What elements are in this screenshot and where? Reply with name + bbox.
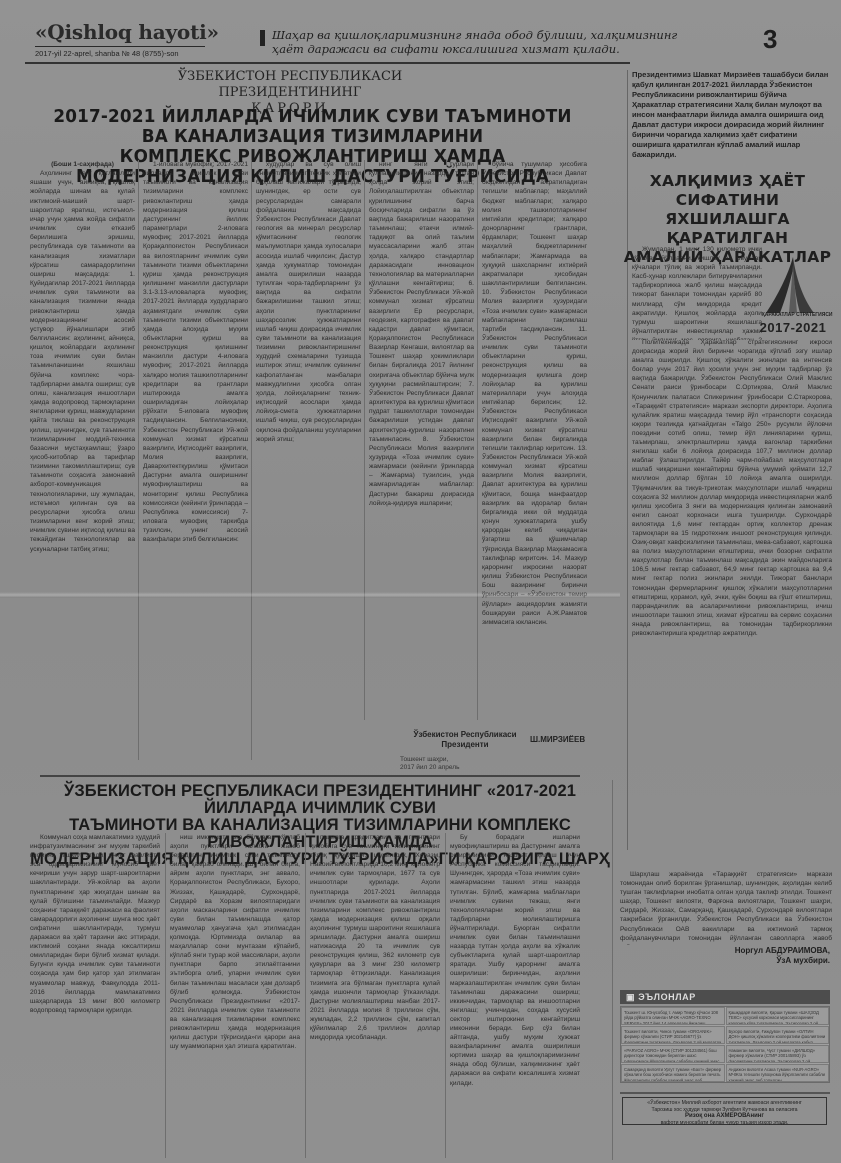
decree-date: 2017 йил 20 апрель bbox=[400, 764, 460, 772]
sidebar-headline-line-1: ХАЛҚИМИЗ ҲАЁТ bbox=[620, 172, 835, 191]
ad-item: «PARVOZ AGRO» МЧЖ (СТИР 301234561) бош д… bbox=[621, 1045, 725, 1063]
commentary-text: пацияга кредитлари ва грантлари ҳисобига… bbox=[310, 833, 440, 1042]
strategy-logo-caption: ҲАРАКАТЛАР СТРАТЕГИЯСИ bbox=[752, 312, 841, 318]
column-divider bbox=[477, 160, 478, 720]
author-name: Норгул АБДУРАИМОВА, bbox=[720, 946, 830, 956]
ad-item: Қашқадарё вилояти, Қарши тумани «ШАҲЗОД … bbox=[726, 1007, 830, 1025]
decree-text: худудлар ва сув олиш иншоотларининг техн… bbox=[256, 160, 361, 444]
section-divider bbox=[620, 1092, 830, 1094]
decree-text: бўйича тушумлар ҳисобига Ўзбекистон Респ… bbox=[482, 160, 587, 627]
commentary-text: Шарҳлаш жараёнида «Тараққиёт стратегияси… bbox=[620, 870, 832, 945]
condolence-line-2: Тарозиш хос ҳудуди тармоқи Зулфия Кутчан… bbox=[627, 1107, 822, 1114]
decree-column-4: нинг янги турлари қўлланилишини назарда … bbox=[369, 160, 474, 720]
signature-title-line-2: Президенти bbox=[400, 740, 530, 750]
decree-text: нинг янги турлари қўлланилишини назарда … bbox=[369, 160, 474, 508]
column-divider bbox=[138, 160, 139, 760]
commentary-column-3: пацияга кредитлари ва грантлари ҳисобига… bbox=[310, 833, 440, 1158]
commentary-body: Коммунал соҳа мамлакатимиз ҳудудий инфра… bbox=[30, 833, 590, 1158]
sidebar-text-2: Политехникада Ҳаракатлар стратегиясининг… bbox=[632, 338, 832, 958]
commentary-text: Коммунал соҳа мамлакатимиз ҳудудий инфра… bbox=[30, 833, 160, 1015]
ads-header-label: ЭЪЛОНЛАР bbox=[638, 992, 696, 1002]
sidebar-paragraph: Жумладан, 1 минг 130 километр ички кўчал… bbox=[632, 245, 762, 340]
newspaper-page: «Qishloq hayoti» 2017-yil 22-aprel, shan… bbox=[0, 0, 841, 1163]
decree-column-1: (Боши 1-саҳифада) Аҳолининг кенг қатламл… bbox=[30, 160, 135, 760]
slogan: Шаҳар ва қишлоқларимизнинг янада обод бў… bbox=[272, 28, 677, 56]
ad-item: Тошкент ш. Юнусобод т. Амир Темур кўчаси… bbox=[621, 1007, 725, 1025]
decree-place-date: Тошкент шаҳри, 2017 йил 20 апрель bbox=[400, 756, 460, 772]
signature-title: Ўзбекистон Республикаси Президенти bbox=[400, 730, 530, 750]
issue-info: 2017-yil 22-aprel, shanba № 48 (8755)-so… bbox=[35, 49, 205, 58]
decree-issuer: ЎЗБЕКИСТОН РЕСПУБЛИКАСИ ПРЕЗИДЕНТИНИНГ bbox=[140, 69, 440, 101]
ad-item: Самарқанд вилояти Ургут тумани «Бахт» фе… bbox=[621, 1064, 725, 1082]
decree-text: 1-иловага мувофиқ; 2017-2021 йилларда ич… bbox=[143, 160, 248, 545]
decree-text: Аҳолининг кенг қатламлари яшаши учун, ай… bbox=[30, 169, 135, 554]
sidebar-text-1: Жумладан, 1 минг 130 километр ички кўчал… bbox=[632, 245, 762, 340]
condolence-notice: «Ўзбекистон» Миллий ахборот агентлиги жа… bbox=[622, 1097, 827, 1125]
ad-item: Тошкент вилояти, Чиноз тумани «ORGANIK» … bbox=[621, 1026, 725, 1044]
header-divider bbox=[25, 62, 630, 64]
quote-mark-icon bbox=[260, 30, 265, 46]
decree-column-3: худудлар ва сув олиш иншоотларининг техн… bbox=[256, 160, 361, 720]
decree-headline-line-1: 2017-2021 ЙИЛЛАРДА ИЧИМЛИК СУВИ ТАЪМИНОТ… bbox=[41, 107, 583, 147]
condolence-line-1: «Ўзбекистон» Миллий ахборот агентлиги жа… bbox=[627, 1100, 822, 1107]
section-divider bbox=[40, 775, 580, 777]
signature-name: Ш.МИРЗИЁЕВ bbox=[530, 735, 585, 744]
article-author: Норгул АБДУРАИМОВА, ЎзА мухбири. bbox=[720, 946, 830, 966]
column-divider bbox=[612, 780, 613, 1160]
commentary-text: ниш имконияти эга бўлмаган кўплаб аҳоли … bbox=[170, 833, 300, 1051]
masthead: «Qishloq hayoti» 2017-yil 22-aprel, shan… bbox=[35, 20, 205, 58]
ads-grid: Тошкент ш. Юнусобод т. Амир Темур кўчаси… bbox=[620, 1006, 830, 1083]
author-role: ЎзА мухбири. bbox=[720, 956, 830, 966]
condolence-line-3: Ризоқ она АХМЕРОВАнинг bbox=[627, 1113, 822, 1120]
decree-column-5: бўйича тушумлар ҳисобига Ўзбекистон Респ… bbox=[482, 160, 587, 720]
decree-body: (Боши 1-саҳифада) Аҳолининг кенг қатламл… bbox=[30, 160, 595, 760]
commentary-column-1: Коммунал соҳа мамлакатимиз ҳудудий инфра… bbox=[30, 833, 160, 1158]
sidebar-headline-line-2: СИФАТИНИ ЯХШИЛАШГА bbox=[620, 191, 835, 229]
column-divider bbox=[251, 160, 252, 760]
paper-fold bbox=[0, 592, 620, 598]
continued-from-label: (Боши 1-саҳифада) bbox=[30, 160, 135, 169]
ad-item: Наманган вилояти, Чуст тумани «ДИЛШОД» ф… bbox=[726, 1045, 830, 1063]
signature-title-line-1: Ўзбекистон Республикаси bbox=[400, 730, 530, 740]
page-number: 3 bbox=[763, 24, 777, 55]
decree-column-2: 1-иловага мувофиқ; 2017-2021 йилларда ич… bbox=[143, 160, 248, 760]
ad-item: Андижон вилояти Асака тумани «NUR-AGRO» … bbox=[726, 1064, 830, 1082]
decree-place: Тошкент шаҳри, bbox=[400, 756, 460, 764]
slogan-line-2: ҳаёт даражаси ва сифати юксалишига хизма… bbox=[272, 42, 677, 56]
column-divider bbox=[364, 160, 365, 720]
ads-header: ▣ ЭЪЛОНЛАР bbox=[620, 990, 830, 1004]
strategy-logo-year: 2017-2021 bbox=[748, 320, 838, 335]
commentary-column-4: Бу борадаги ишларни мувофиқлаштириш ва Д… bbox=[450, 833, 580, 1158]
commentary-text: Бу борадаги ишларни мувофиқлаштириш ва Д… bbox=[450, 833, 580, 1088]
condolence-line-4: вафоти муносабати билан чуқур таъзия изҳ… bbox=[627, 1120, 822, 1127]
column-divider bbox=[305, 833, 306, 1158]
commentary-headline-line-1: ЎЗБЕКИСТОН РЕСПУБЛИКАСИ ПРЕЗИДЕНТИНИНГ «… bbox=[30, 783, 610, 817]
column-divider bbox=[445, 833, 446, 1158]
sidebar-paragraph: Политехникада Ҳаракатлар стратегиясининг… bbox=[632, 338, 832, 638]
ad-item: Бухоро вилояти, Ғиждувон тумани «ОЛТИН Д… bbox=[726, 1026, 830, 1044]
ads-icon: ▣ bbox=[626, 992, 638, 1002]
commentary-column-5: Шарҳлаш жараёнида «Тараққиёт стратегияси… bbox=[620, 870, 832, 945]
commentary-column-2: ниш имконияти эга бўлмаган кўплаб аҳоли … bbox=[170, 833, 300, 1158]
newspaper-title: «Qishloq hayoti» bbox=[35, 20, 205, 47]
sidebar-lead: Президентимиз Шавкат Мирзиёев ташаббуси … bbox=[632, 70, 832, 160]
column-divider bbox=[165, 833, 166, 1158]
slogan-line-1: Шаҳар ва қишлоқларимизнинг янада обод бў… bbox=[272, 28, 677, 42]
